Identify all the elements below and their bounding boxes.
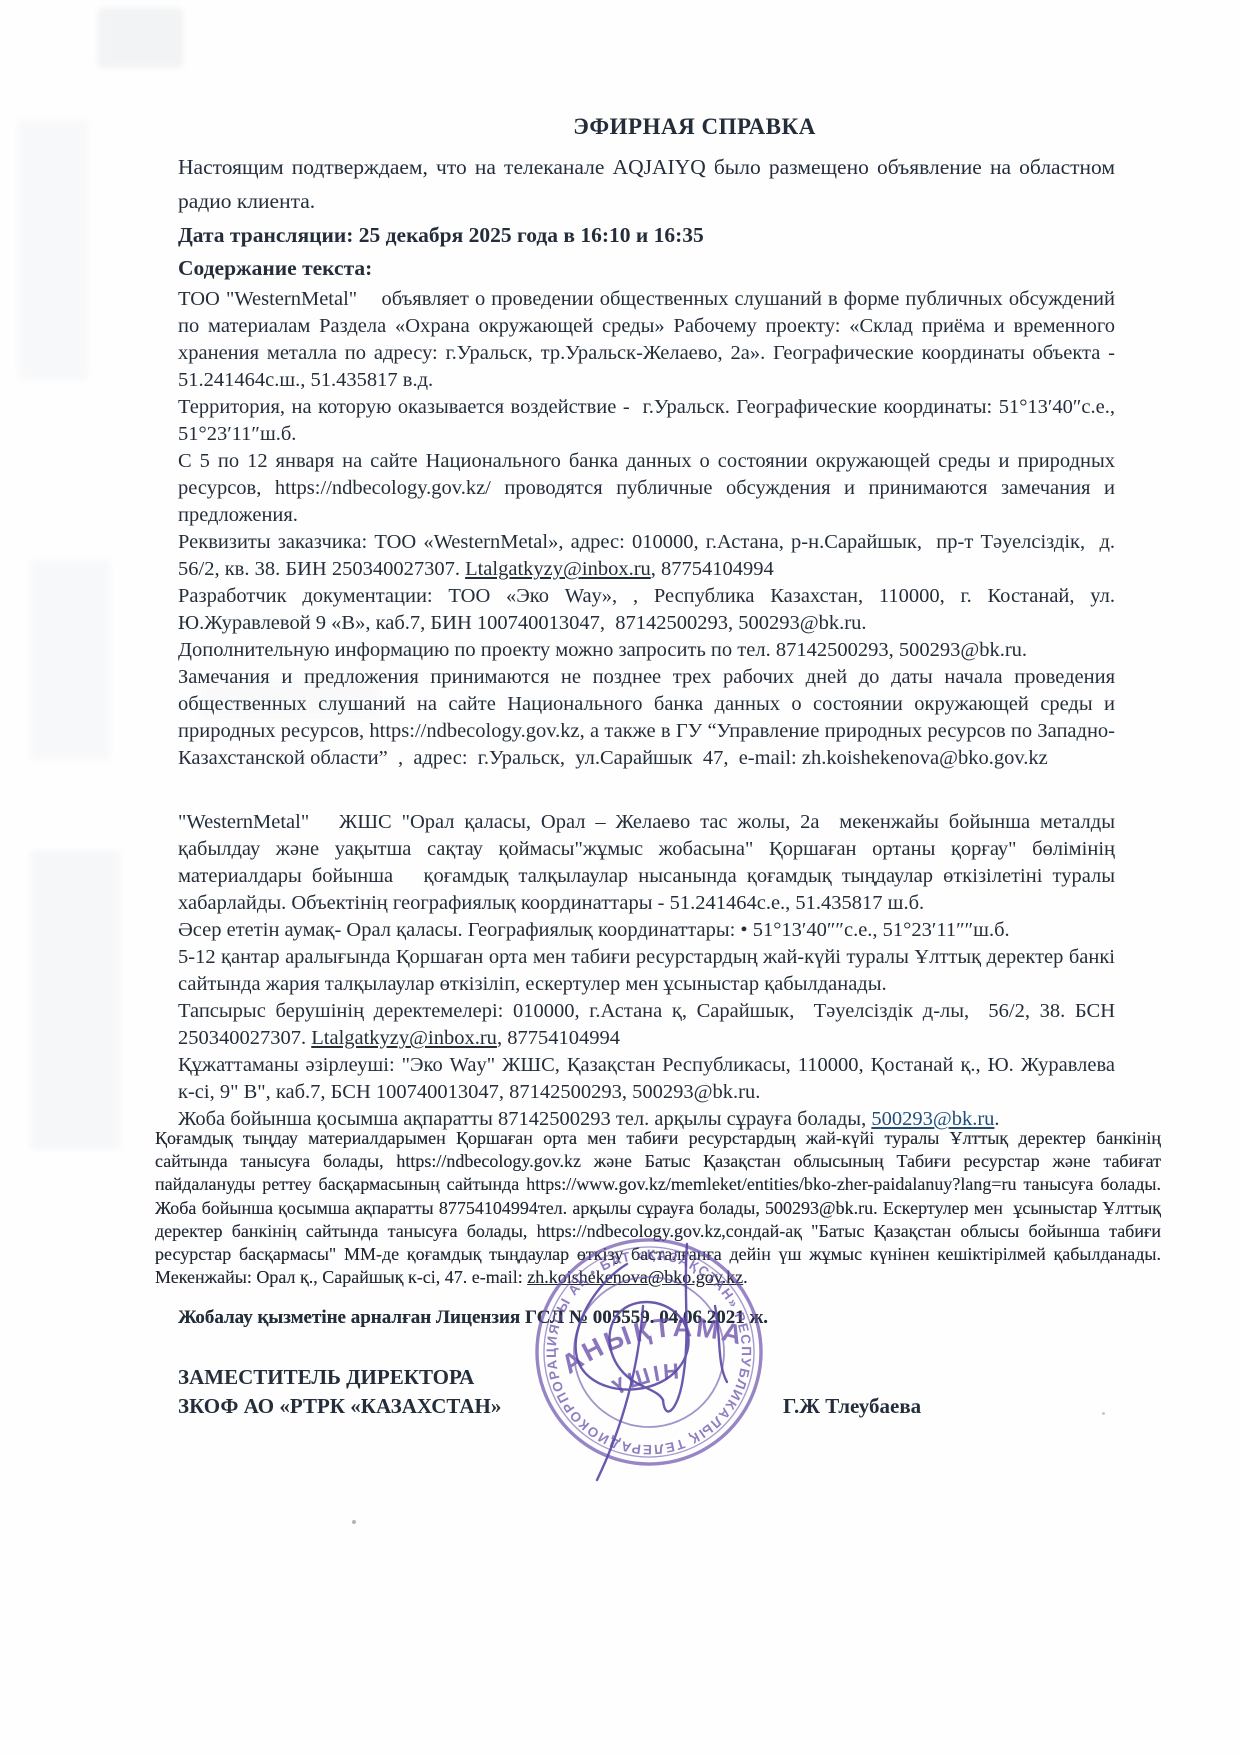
scan-artifact (98, 8, 183, 68)
paragraph: ТОО "WesternMetal" объявляет о проведени… (178, 286, 1115, 394)
paragraph: "WesternMetal" ЖШС "Орал қаласы, Орал – … (178, 809, 1115, 917)
paragraph: Дополнительную информацию по проекту мож… (178, 637, 1115, 664)
paragraph: Территория, на которую оказывается возде… (178, 394, 1115, 448)
paragraph: Құжаттаманы әзірлеуші: "Эко Way" ЖШС, Қа… (178, 1052, 1115, 1106)
broadcast-certificate-page: ЭФИРНАЯ СПРАВКА Настоящим подтверждаем, … (0, 0, 1240, 1755)
scan-artifact (18, 120, 88, 380)
russian-announcement-section: ТОО "WesternMetal" объявляет о проведени… (178, 286, 1115, 772)
content-heading: Содержание текста: (178, 252, 1115, 285)
kazakh-announcement-section: "WesternMetal" ЖШС "Орал қаласы, Орал – … (178, 809, 1115, 1133)
scan-speck (352, 1520, 356, 1524)
paragraph: Замечания и предложения принимаются не п… (178, 664, 1115, 772)
broadcast-date-line: Дата трансляции: 25 декабря 2025 года в … (178, 219, 1115, 252)
scan-artifact (30, 850, 120, 1150)
paragraph: Тапсырыс берушінің деректемелері: 010000… (178, 998, 1115, 1052)
paragraph: Әсер ететін аумақ- Орал қаласы. Географи… (178, 917, 1115, 944)
scan-artifact (30, 560, 110, 760)
intro-paragraph: Настоящим подтверждаем, что на телеканал… (178, 150, 1115, 218)
paragraph: С 5 по 12 января на сайте Национального … (178, 448, 1115, 529)
paragraph: 5-12 қантар аралығында Қоршаған орта мен… (178, 944, 1115, 998)
document-title: ЭФИРНАЯ СПРАВКА (178, 114, 1115, 140)
stamp-center-text-line2: ҮШІН (607, 1357, 685, 1401)
paragraph: Реквизиты заказчика: ТОО «WesternMetal»,… (178, 529, 1115, 583)
official-stamp: «ҚАЗАҚСТАН» РЕСПУБЛИКАЛЫҚ ТЕЛЕРАДИОКОРПО… (477, 1186, 823, 1526)
paragraph: Разработчик документации: ТОО «Эко Way»,… (178, 583, 1115, 637)
